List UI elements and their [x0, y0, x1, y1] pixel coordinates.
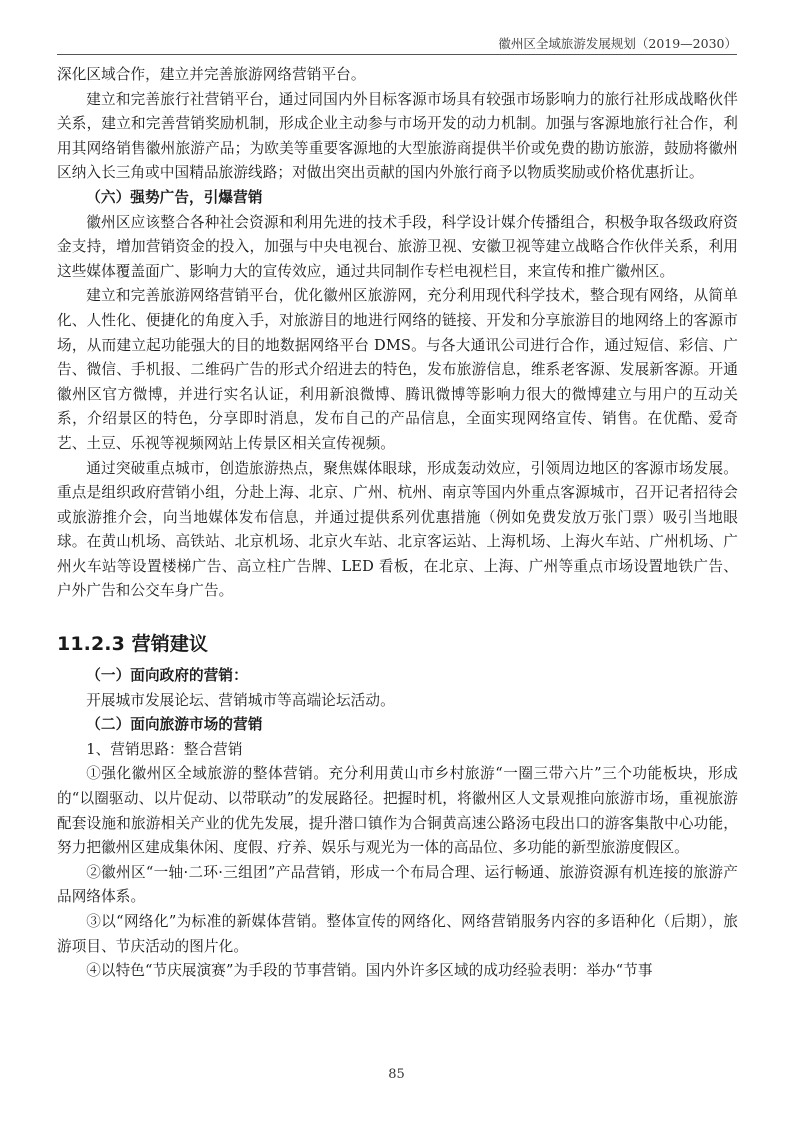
paragraph-media-partnership: 徽州区应该整合各种社会资源和利用先进的技术手段，科学设计媒介传播组合，积极争取各… — [57, 211, 738, 285]
paragraph-item-4: ④以特色“节庆展演赛”为手段的节事营销。国内外许多区域的成功经验表明：举办“节事 — [57, 959, 738, 984]
document-title: 徽州区全域旅游发展规划（2019—2030） — [498, 36, 737, 51]
paragraph-item-3: ③以“网络化”为标准的新媒体营销。整体宣传的网络化、网络营销服务内容的多语种化（… — [57, 910, 738, 959]
subsection-heading-tourism-market: （二）面向旅游市场的营销 — [57, 713, 738, 738]
list-item-title: 1、营销思路：整合营销 — [57, 738, 738, 763]
paragraph-key-cities: 通过突破重点城市，创造旅游热点，聚焦媒体眼球，形成轰动效应，引领周边地区的客源市… — [57, 457, 738, 605]
paragraph-travel-agency-platform: 建立和完善旅行社营销平台，通过同国内外目标客源市场具有较强市场影响力的旅行社形成… — [57, 88, 738, 186]
subsection-heading-government: （一）面向政府的营销： — [57, 664, 738, 689]
paragraph-item-1: ①强化徽州区全域旅游的整体营销。充分利用黄山市乡村旅游“一圈三带六片”三个功能板… — [57, 762, 738, 860]
subsection-heading-advertising: （六）强势广告，引爆营销 — [57, 186, 738, 211]
document-body: 深化区域合作，建立并完善旅游网络营销平台。 建立和完善旅行社营销平台，通过同国内… — [57, 63, 738, 984]
page-header: 徽州区全域旅游发展规划（2019—2030） — [57, 36, 737, 55]
page-number: 85 — [0, 1067, 793, 1082]
paragraph-online-marketing: 建立和完善旅游网络营销平台，优化徽州区旅游网，充分利用现代科学技术，整合现有网络… — [57, 284, 738, 456]
section-heading-marketing-suggestions: 11.2.3 营销建议 — [57, 604, 738, 664]
paragraph-continued: 深化区域合作，建立并完善旅游网络营销平台。 — [57, 63, 738, 88]
paragraph-item-2: ②徽州区“一轴·二环·三组团”产品营销，形成一个布局合理、运行畅通、旅游资源有机… — [57, 861, 738, 910]
paragraph-government-forums: 开展城市发展论坛、营销城市等高端论坛活动。 — [57, 689, 738, 714]
